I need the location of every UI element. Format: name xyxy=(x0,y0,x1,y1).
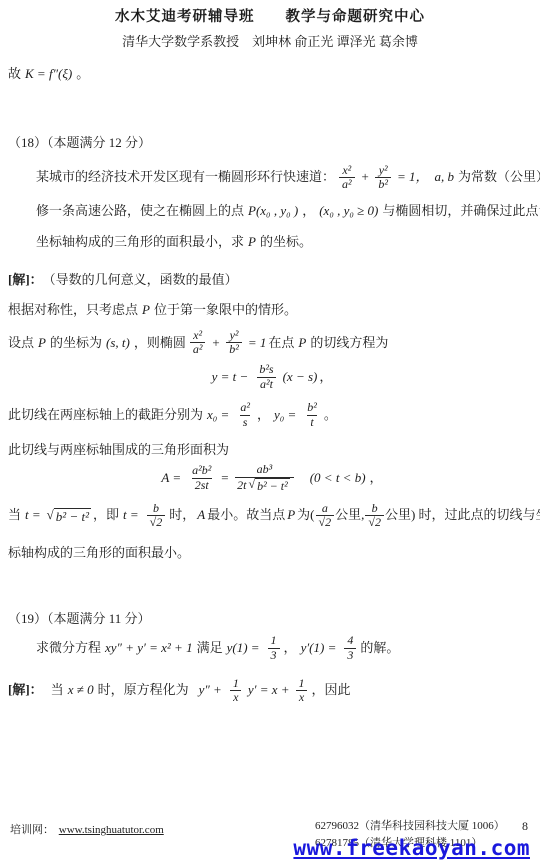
fraction-numerator: 1 xyxy=(296,677,308,691)
fraction: ab³ 2t √ b² − t² xyxy=(235,463,294,493)
text: 最小。故当点 xyxy=(207,507,285,524)
math-expression: = 1， xyxy=(397,169,429,186)
freekaoyan-watermark-link[interactable]: www.freekaoyan.com xyxy=(293,836,530,860)
fraction: x² a² xyxy=(339,164,355,193)
text: 某城市的经济技术开发区现有一椭圆形环行快速道： xyxy=(36,169,335,186)
fraction-denominator: √2 xyxy=(365,515,384,530)
math-expression: K = f″(ξ) xyxy=(25,66,72,83)
heading-text: （18）（本题满分 12 分） xyxy=(8,135,151,152)
fraction-numerator: b²s xyxy=(256,363,276,377)
text: 为常数（公里），如要 xyxy=(458,169,540,186)
fraction: x² a² xyxy=(190,329,206,358)
fraction-numerator: b xyxy=(369,502,381,516)
text: 公里, xyxy=(335,507,364,524)
text: ， xyxy=(302,203,315,220)
fraction: b √2 xyxy=(365,502,384,531)
plus-sign: + xyxy=(211,335,220,352)
math-expression: P(x₀ , y₀ ) xyxy=(248,203,298,220)
math-expression: x₀ = xyxy=(207,407,229,424)
math-expression: y″ + xyxy=(199,682,222,699)
text: 当 xyxy=(8,507,21,524)
page-number: 8 xyxy=(522,819,528,834)
equals-sign: = xyxy=(220,470,229,487)
fraction-numerator: a xyxy=(319,502,331,516)
fraction: 1 3 xyxy=(268,634,280,663)
math-expression: y₀ = xyxy=(274,407,296,424)
problem-18-statement-line1: 某城市的经济技术开发区现有一椭圆形环行快速道： x² a² + y² b² = … xyxy=(8,164,532,193)
minimum-line-continued: 标轴构成的三角形的面积最小。 xyxy=(8,545,532,562)
text: 的坐标为 xyxy=(50,335,102,352)
fraction-denominator: a²t xyxy=(257,377,276,392)
radical-sign: √ xyxy=(47,508,54,523)
tangent-line-equation: y = t − b²s a²t (x − s) ， xyxy=(8,363,532,392)
text: 求微分方程 xyxy=(36,640,101,657)
fraction-denominator: x xyxy=(230,690,241,705)
fraction-numerator: b xyxy=(150,502,162,516)
solution-label: [解]： xyxy=(8,272,43,289)
training-site-link[interactable]: www.tsinghuatutor.com xyxy=(59,824,164,836)
text: ，即 xyxy=(93,507,119,524)
math-expression: t = xyxy=(25,507,41,524)
math-expression: 2t xyxy=(237,479,246,493)
fraction-denominator: t xyxy=(307,415,316,430)
punctuation: ， xyxy=(319,369,332,386)
fraction-denominator: a² xyxy=(190,342,206,357)
punctuation: 。 xyxy=(324,407,337,424)
fraction-numerator: a²b² xyxy=(189,464,214,478)
radical-sign: √ xyxy=(248,478,255,492)
fraction: 1 x xyxy=(296,677,308,706)
fraction-denominator: x xyxy=(296,690,307,705)
fraction: a √2 xyxy=(316,502,335,531)
text: 在点 xyxy=(268,335,294,352)
text: 当 xyxy=(51,682,64,699)
math-expression: P xyxy=(38,335,46,352)
header-title-text: 水木艾迪考研辅导班 教学与命题研究中心 xyxy=(115,8,425,27)
solution-label: [解]： xyxy=(8,682,43,699)
fraction-denominator: 3 xyxy=(268,648,280,663)
problem-18-setup-line: 设点 P 的坐标为 (s, t) ，则椭圆 x² a² + y² b² = 1 … xyxy=(8,329,532,358)
math-expression: (x − s) xyxy=(283,369,318,386)
punctuation: ， xyxy=(284,640,297,657)
math-expression: t = xyxy=(123,507,139,524)
area-equation: A = a²b² 2st = ab³ 2t √ b² − t² (0 < t <… xyxy=(8,463,532,493)
problem-18-statement-line3: 坐标轴构成的三角形的面积最小，求 P 的坐标。 xyxy=(8,234,532,251)
text: 修一条高速公路，使之在椭圆上的点 xyxy=(36,203,244,220)
fraction-numerator: a² xyxy=(237,401,253,415)
text: 的切线方程为 xyxy=(310,335,388,352)
fraction-denominator: 3 xyxy=(344,648,356,663)
math-expression: A = xyxy=(161,470,181,487)
minimum-line: 当 t = √ b² − t² ，即 t = b √2 时， A 最小。故当点 … xyxy=(8,502,532,531)
math-expression: y′ = x + xyxy=(248,682,290,699)
math-expression: (x₀ , y₀ ≥ 0) xyxy=(319,203,378,220)
fraction-denominator: √2 xyxy=(147,515,166,530)
footer-site-label: 培训网： xyxy=(10,824,54,836)
fraction: a² s xyxy=(237,401,253,430)
fraction-denominator: b² xyxy=(226,342,242,357)
heading-text: （19）（本题满分 11 分） xyxy=(8,611,151,628)
text: 为( xyxy=(297,507,314,524)
fraction-denominator: b² xyxy=(375,177,391,192)
text: ，则椭圆 xyxy=(134,335,186,352)
text: 故 xyxy=(8,66,21,83)
math-expression: y′(1) = xyxy=(301,640,337,657)
page-header-title: 水木艾迪考研辅导班 教学与命题研究中心 xyxy=(8,8,532,27)
text: 标轴构成的三角形的面积最小。 xyxy=(8,545,190,562)
text: 坐标轴构成的三角形的面积最小，求 xyxy=(36,234,244,251)
math-expression: A xyxy=(197,507,205,524)
text: 时，原方程化为 xyxy=(98,682,189,699)
math-expression: = 1 xyxy=(248,335,267,352)
fraction-numerator: x² xyxy=(339,164,354,178)
fraction-denominator: s xyxy=(240,415,251,430)
problem-18-solution-label: [解]： （导数的几何意义，函数的最值） xyxy=(8,272,532,289)
text: 设点 xyxy=(8,335,34,352)
fraction-denominator: 2t √ b² − t² xyxy=(235,477,294,493)
math-expression: P xyxy=(248,234,256,251)
fraction: b² t xyxy=(304,401,320,430)
previous-solution-tail: 故 K = f″(ξ) 。 xyxy=(8,66,532,83)
fraction: y² b² xyxy=(226,329,242,358)
area-intro-line: 此切线与两座标轴围成的三角形面积为 xyxy=(8,442,532,459)
text: 时， xyxy=(169,507,195,524)
sqrt-expression: √ b² − t² xyxy=(248,478,289,493)
problem-18-heading: （18）（本题满分 12 分） xyxy=(8,135,532,152)
problem-19-heading: （19）（本题满分 11 分） xyxy=(8,611,532,628)
problem-19-solution-line: [解]： 当 x ≠ 0 时，原方程化为 y″ + 1 x y′ = x + 1… xyxy=(8,677,532,706)
fraction: b²s a²t xyxy=(256,363,276,392)
fraction: b √2 xyxy=(147,502,166,531)
fraction: y² b² xyxy=(375,164,391,193)
fraction-numerator: y² xyxy=(227,329,242,343)
math-expression: P xyxy=(298,335,306,352)
text: 的解。 xyxy=(360,640,399,657)
math-expression: (s, t) xyxy=(106,335,130,352)
text: 与椭圆相切，并确保过此点切线与 xyxy=(382,203,540,220)
text: 根据对称性，只考虑点 xyxy=(8,302,138,319)
math-expression: xy″ + y′ = x² + 1 xyxy=(105,640,193,657)
text: 的坐标。 xyxy=(260,234,312,251)
solution-note: （导数的几何意义，函数的最值） xyxy=(43,272,238,289)
fraction-denominator: a² xyxy=(339,177,355,192)
text: 此切线与两座标轴围成的三角形面积为 xyxy=(8,442,229,459)
problem-19-statement: 求微分方程 xy″ + y′ = x² + 1 满足 y(1) = 1 3 ， … xyxy=(8,634,532,663)
math-expression: P xyxy=(287,507,295,524)
fraction-numerator: x² xyxy=(190,329,205,343)
text: 位于第一象限中的情形。 xyxy=(154,302,297,319)
footer-training-site: 培训网： www.tsinghuatutor.com xyxy=(10,821,164,837)
fraction-numerator: ab³ xyxy=(254,463,276,477)
radicand: b² − t² xyxy=(255,478,290,493)
fraction-numerator: 4 xyxy=(344,634,356,648)
sqrt-expression: √ b² − t² xyxy=(47,508,91,525)
fraction-numerator: 1 xyxy=(230,677,242,691)
text: 此切线在两座标轴上的截距分别为 xyxy=(8,407,203,424)
text: 。 xyxy=(76,66,89,83)
document-page: 水木艾迪考研辅导班 教学与命题研究中心 清华大学数学系教授 刘坤林 俞正光 谭泽… xyxy=(0,0,540,705)
footer-phone-line-1: 62796032（清华科技园科技大厦 1006） xyxy=(315,818,505,835)
math-expression: y = t − xyxy=(212,369,249,386)
punctuation: ， xyxy=(370,470,383,487)
page-header-authors: 清华大学数学系教授 刘坤林 俞正光 谭泽光 葛余博 xyxy=(8,34,532,51)
fraction-numerator: b² xyxy=(304,401,320,415)
text: 公里) 时，过此点的切线与坐 xyxy=(385,507,540,524)
plus-sign: + xyxy=(361,169,370,186)
fraction-numerator: 1 xyxy=(268,634,280,648)
fraction-numerator: y² xyxy=(376,164,391,178)
punctuation: ， xyxy=(257,407,270,424)
intercepts-line: 此切线在两座标轴上的截距分别为 x₀ = a² s ， y₀ = b² t 。 xyxy=(8,401,532,430)
text: 满足 xyxy=(197,640,223,657)
math-expression: a, b xyxy=(435,169,455,186)
math-expression: P xyxy=(142,302,150,319)
radicand: b² − t² xyxy=(54,508,91,525)
math-condition: (0 < t < b) xyxy=(310,470,366,487)
fraction-denominator: 2st xyxy=(192,478,212,493)
math-expression: y(1) = xyxy=(227,640,260,657)
math-expression: x ≠ 0 xyxy=(68,682,94,699)
text: ，因此 xyxy=(312,682,351,699)
problem-18-statement-line2: 修一条高速公路，使之在椭圆上的点 P(x₀ , y₀ ) ， (x₀ , y₀ … xyxy=(8,203,532,220)
fraction: 4 3 xyxy=(344,634,356,663)
fraction: 1 x xyxy=(230,677,242,706)
problem-18-symmetry-line: 根据对称性，只考虑点 P 位于第一象限中的情形。 xyxy=(8,302,532,319)
fraction-denominator: √2 xyxy=(316,515,335,530)
header-authors-text: 清华大学数学系教授 刘坤林 俞正光 谭泽光 葛余博 xyxy=(122,34,418,51)
fraction: a²b² 2st xyxy=(189,464,214,493)
